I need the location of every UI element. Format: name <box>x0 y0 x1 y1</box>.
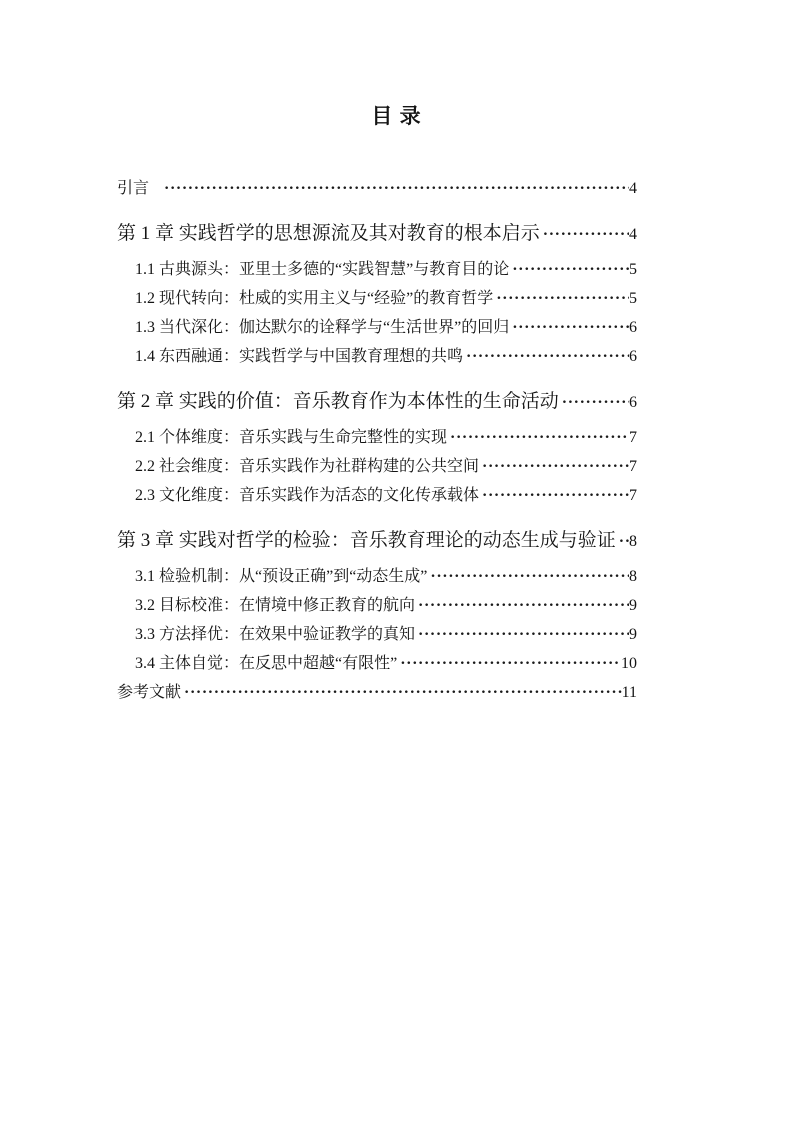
toc-entry: 第 1 章 实践哲学的思想源流及其对教育的根本启示 4 <box>117 219 637 249</box>
document-page: 目 录 引言 4 第 1 章 实践哲学的思想源流及其对教育的根本启示 4 1.1… <box>0 0 793 1122</box>
toc-entry-page: 5 <box>629 255 637 284</box>
toc-entry-page: 11 <box>622 678 637 707</box>
toc-entry-label: 第 1 章 实践哲学的思想源流及其对教育的根本启示 <box>117 219 540 248</box>
dot-leader <box>418 591 629 620</box>
toc-entry-page: 6 <box>629 388 637 417</box>
toc-entry: 1.2 现代转向：杜威的实用主义与“经验”的教育哲学 5 <box>117 284 637 313</box>
toc-entry-page: 7 <box>629 423 637 452</box>
toc-entry-page: 8 <box>629 527 637 556</box>
toc-entry-label: 1.2 现代转向：杜威的实用主义与“经验”的教育哲学 <box>135 284 493 313</box>
toc-entry: 参考文献 11 <box>117 678 637 707</box>
toc-entry-page: 4 <box>629 174 637 203</box>
dot-leader <box>512 255 629 284</box>
dot-leader <box>466 342 629 371</box>
toc-entry-label: 3.1 检验机制：从“预设正确”到“动态生成” <box>135 562 427 591</box>
toc-entry-label: 2.2 社会维度：音乐实践作为社群构建的公共空间 <box>135 452 479 481</box>
dot-leader <box>482 452 629 481</box>
toc-entry-label: 1.1 古典源头：亚里士多德的“实践智慧”与教育目的论 <box>135 255 509 284</box>
toc-entry-page: 4 <box>629 220 637 249</box>
toc-list: 引言 4 第 1 章 实践哲学的思想源流及其对教育的根本启示 4 1.1 古典源… <box>117 174 637 707</box>
toc-entry-label: 第 3 章 实践对哲学的检验：音乐教育理论的动态生成与验证 <box>117 526 616 555</box>
dot-leader <box>430 562 629 591</box>
toc-entry: 2.1 个体维度：音乐实践与生命完整性的实现 7 <box>117 423 637 452</box>
dot-leader <box>400 649 621 678</box>
toc-entry: 3.2 目标校准：在情境中修正教育的航向 9 <box>117 591 637 620</box>
toc-entry: 3.4 主体自觉：在反思中超越“有限性” 10 <box>117 649 637 678</box>
toc-entry-page: 6 <box>629 342 637 371</box>
toc-entry-label: 2.3 文化维度：音乐实践作为活态的文化传承载体 <box>135 481 479 510</box>
toc-entry-label: 引言 <box>117 174 161 203</box>
toc-entry-page: 5 <box>629 284 637 313</box>
toc-entry: 1.4 东西融通：实践哲学与中国教育理想的共鸣 6 <box>117 342 637 371</box>
toc-entry: 3.1 检验机制：从“预设正确”到“动态生成” 8 <box>117 562 637 591</box>
toc-entry-label: 1.3 当代深化：伽达默尔的诠释学与“生活世界”的回归 <box>135 313 509 342</box>
dot-leader <box>482 481 629 510</box>
dot-leader <box>512 313 629 342</box>
toc-entry: 3.3 方法择优：在效果中验证教学的真知 9 <box>117 620 637 649</box>
toc-entry: 引言 4 <box>117 174 637 203</box>
dot-leader <box>543 220 629 249</box>
toc-entry-label: 第 2 章 实践的价值：音乐教育作为本体性的生命活动 <box>117 387 559 416</box>
dot-leader <box>496 284 629 313</box>
toc-entry-page: 7 <box>629 481 637 510</box>
dot-leader <box>184 678 622 707</box>
toc-entry: 第 3 章 实践对哲学的检验：音乐教育理论的动态生成与验证 8 <box>117 526 637 556</box>
toc-entry-page: 8 <box>629 562 637 591</box>
toc-entry-page: 7 <box>629 452 637 481</box>
toc-entry: 第 2 章 实践的价值：音乐教育作为本体性的生命活动 6 <box>117 387 637 417</box>
toc-entry-label: 2.1 个体维度：音乐实践与生命完整性的实现 <box>135 423 447 452</box>
toc-entry-label: 3.2 目标校准：在情境中修正教育的航向 <box>135 591 415 620</box>
dot-leader <box>619 527 629 556</box>
toc-entry-page: 10 <box>621 649 637 678</box>
toc-entry-page: 6 <box>629 313 637 342</box>
toc-entry: 2.2 社会维度：音乐实践作为社群构建的公共空间 7 <box>117 452 637 481</box>
dot-leader <box>164 174 629 203</box>
toc-entry: 2.3 文化维度：音乐实践作为活态的文化传承载体 7 <box>117 481 637 510</box>
dot-leader <box>450 423 629 452</box>
toc-entry-page: 9 <box>629 591 637 620</box>
dot-leader <box>418 620 629 649</box>
toc-entry-page: 9 <box>629 620 637 649</box>
dot-leader <box>562 388 629 417</box>
toc-title: 目 录 <box>0 0 793 128</box>
toc-entry-label: 3.4 主体自觉：在反思中超越“有限性” <box>135 649 397 678</box>
toc-entry: 1.3 当代深化：伽达默尔的诠释学与“生活世界”的回归 6 <box>117 313 637 342</box>
toc-entry-label: 3.3 方法择优：在效果中验证教学的真知 <box>135 620 415 649</box>
toc-entry-label: 参考文献 <box>117 678 181 707</box>
toc-entry-label: 1.4 东西融通：实践哲学与中国教育理想的共鸣 <box>135 342 463 371</box>
toc-entry: 1.1 古典源头：亚里士多德的“实践智慧”与教育目的论 5 <box>117 255 637 284</box>
